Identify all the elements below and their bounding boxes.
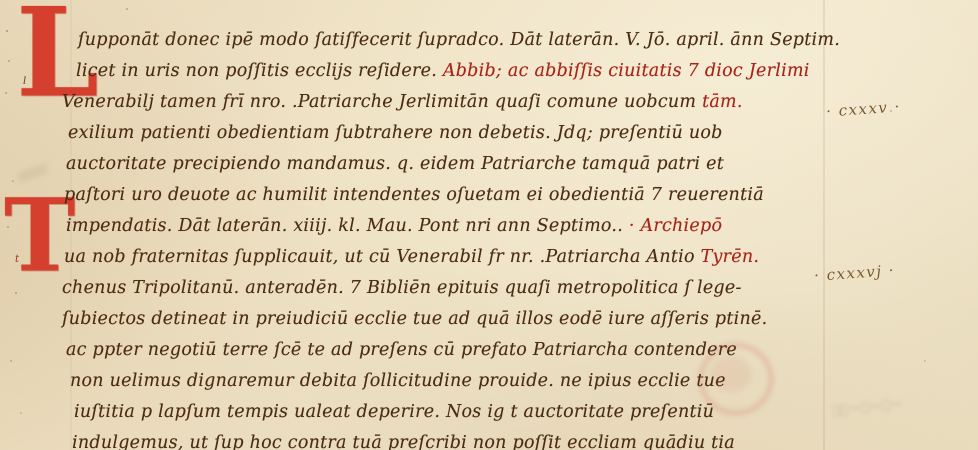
ink-text: licet in uris non poſſitis ecclijs reſid… <box>76 61 443 81</box>
text-line: ſupponāt donec ipē modo ſatiſfecerit ſup… <box>78 30 840 50</box>
ink-text: exilium patienti obedientiam ſubtrahere … <box>68 123 723 143</box>
ink-text: ac ppter negotiū terre ſcē te ad preſens… <box>66 340 737 360</box>
text-line: exilium patienti obedientiam ſubtrahere … <box>68 123 723 143</box>
ink-text: Venerabilj tamen frī nro. .Patriarche Je… <box>62 92 702 112</box>
text-line: paſtori uro deuote ac humilit intendente… <box>64 185 764 205</box>
text-line: ſubiectos detineat in preiudiciū ecclie … <box>62 309 767 329</box>
manuscript-text: ſupponāt donec ipē modo ſatiſfecerit ſup… <box>0 0 978 450</box>
text-line: chenus Tripolitanū. anteradēn. 7 Bibliēn… <box>62 278 742 298</box>
text-line: Venerabilj tamen frī nro. .Patriarche Je… <box>62 92 743 112</box>
rubric-text: Abbib; ac abbiſſis ciuitatis 7 dioc Jerl… <box>443 61 810 81</box>
text-line: indulgemus, ut ſup hoc contra tuā preſcr… <box>72 433 735 450</box>
text-line: ac ppter negotiū terre ſcē te ad preſens… <box>66 340 737 360</box>
ink-text: ſubiectos detineat in preiudiciū ecclie … <box>62 309 767 329</box>
ink-text: non uelimus dignaremur debita ſollicitud… <box>70 371 726 391</box>
text-line: auctoritate precipiendo mandamus. q. eid… <box>66 154 724 174</box>
faint-red-stamp-core <box>710 356 752 392</box>
ink-text: iuſtitia p lapſum tempis ualeat deperire… <box>74 402 714 422</box>
ink-text: ua nob fraternitas ſupplicauit, ut cū Ve… <box>64 247 701 267</box>
rubric-text: tām. <box>702 92 743 112</box>
ink-text: impendatis. Dāt laterān. xiiij. kl. Mau.… <box>66 216 629 236</box>
text-line: licet in uris non poſſitis ecclijs reſid… <box>76 61 810 81</box>
manuscript-page: L T l t ſupponāt donec ipē modo ſatiſfec… <box>0 0 978 450</box>
ink-text: paſtori uro deuote ac humilit intendente… <box>64 185 764 205</box>
ink-text: chenus Tripolitanū. anteradēn. 7 Bibliēn… <box>62 278 742 298</box>
text-line: iuſtitia p lapſum tempis ualeat deperire… <box>74 402 714 422</box>
rubric-text: Tyrēn. <box>701 247 760 267</box>
ink-text: auctoritate precipiendo mandamus. q. eid… <box>66 154 724 174</box>
ink-text: indulgemus, ut ſup hoc contra tuā preſcr… <box>72 433 735 450</box>
text-line: impendatis. Dāt laterān. xiiij. kl. Mau.… <box>66 216 722 236</box>
rubric-text: · Archiepō <box>629 216 722 236</box>
text-line: ua nob fraternitas ſupplicauit, ut cū Ve… <box>64 247 759 267</box>
text-line: non uelimus dignaremur debita ſollicitud… <box>70 371 726 391</box>
ink-text: ſupponāt donec ipē modo ſatiſfecerit ſup… <box>78 30 840 50</box>
